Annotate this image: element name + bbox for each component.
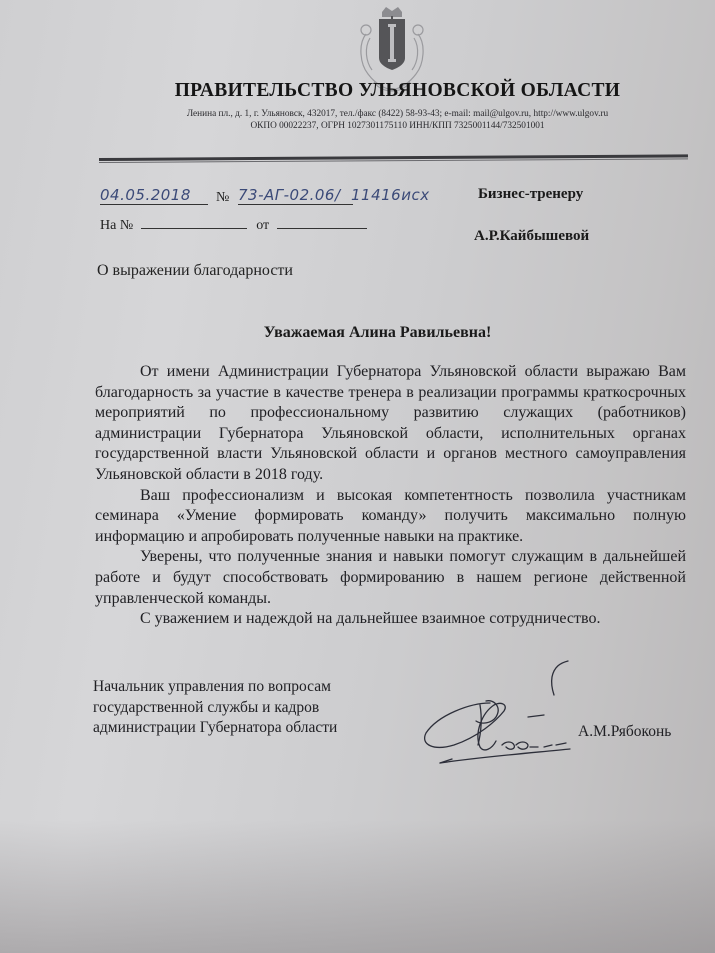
reply-date-blank (277, 216, 367, 229)
registration-date: 04.05.2018 (100, 186, 208, 205)
body-paragraph: Уверены, что полученные знания и навыки … (95, 547, 686, 609)
organization-title: ПРАВИТЕЛЬСТВО УЛЬЯНОВСКОЙ ОБЛАСТИ (0, 80, 715, 102)
registration-number-suffix: 11416исх (351, 186, 430, 204)
number-label: № (216, 190, 229, 206)
recipient-position: Бизнес-тренеру (478, 186, 583, 203)
handwritten-signature-icon (420, 655, 590, 765)
reply-from-label: от (256, 218, 269, 233)
recipient-name: А.Р.Кайбышевой (474, 228, 589, 245)
letter-page: ПРАВИТЕЛЬСТВО УЛЬЯНОВСКОЙ ОБЛАСТИ Ленина… (0, 0, 715, 953)
registry-line: ОКПО 00022237, ОГРН 1027301175110 ИНН/КП… (80, 120, 715, 132)
reply-to-label: На № (100, 218, 133, 233)
organization-address: Ленина пл., д. 1, г. Ульяновск, 432017, … (0, 108, 715, 132)
signer-position-line: государственной службы и кадров (93, 698, 337, 719)
registration-number: 73-АГ-02.06/ (238, 186, 353, 205)
paper-shadow (0, 820, 715, 953)
reply-reference-line: На № от (100, 216, 367, 234)
signer-position-line: администрации Губернатора области (93, 718, 337, 739)
body-paragraph: С уважением и надеждой на дальнейшее вза… (95, 609, 686, 630)
letter-body: От имени Администрации Губернатора Ульян… (95, 362, 686, 630)
reply-number-blank (141, 216, 247, 229)
body-paragraph: Ваш профессионализм и высокая компетентн… (95, 486, 686, 548)
body-paragraph: От имени Администрации Губернатора Ульян… (95, 362, 686, 486)
signer-position-line: Начальник управления по вопросам (93, 677, 337, 698)
salutation: Уважаемая Алина Равильевна! (0, 324, 715, 342)
signer-position: Начальник управления по вопросам государ… (93, 677, 337, 739)
address-line: Ленина пл., д. 1, г. Ульяновск, 432017, … (80, 108, 715, 120)
signer-name: А.М.Рябоконь (578, 723, 671, 741)
letter-subject: О выражении благодарности (97, 262, 293, 280)
